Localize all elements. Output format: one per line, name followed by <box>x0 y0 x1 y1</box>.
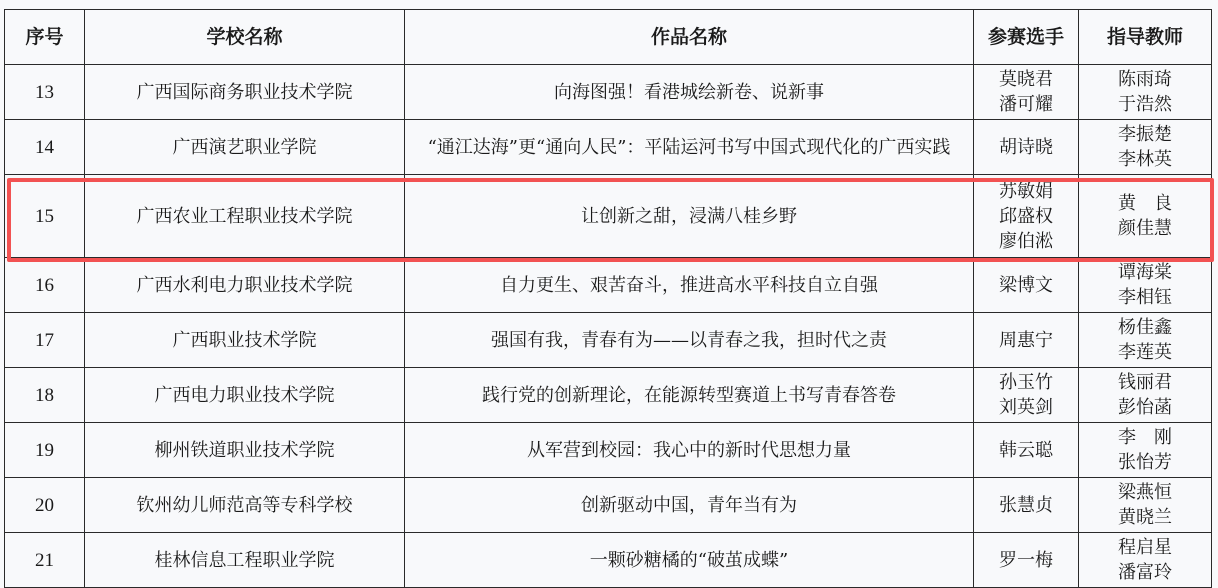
teacher-name: 于浩然 <box>1083 92 1207 117</box>
results-table: 序号 学校名称 作品名称 参赛选手 指导教师 13广西国际商务职业技术学院向海图… <box>4 9 1212 588</box>
cell-school: 广西国际商务职业技术学院 <box>85 65 405 120</box>
cell-no: 14 <box>5 120 85 175</box>
student-name: 廖伯淞 <box>978 229 1074 254</box>
teacher-name: 李莲英 <box>1083 340 1207 365</box>
teacher-name: 张怡芳 <box>1083 450 1207 475</box>
table-row: 19柳州铁道职业技术学院从军营到校园：我心中的新时代思想力量韩云聪李 刚张怡芳 <box>5 423 1212 478</box>
cell-school: 桂林信息工程职业学院 <box>85 533 405 588</box>
cell-school: 柳州铁道职业技术学院 <box>85 423 405 478</box>
cell-no: 17 <box>5 313 85 368</box>
header-students: 参赛选手 <box>974 10 1079 65</box>
cell-students: 梁博文 <box>974 258 1079 313</box>
student-name: 张慧贞 <box>978 493 1074 518</box>
results-table-container: 序号 学校名称 作品名称 参赛选手 指导教师 13广西国际商务职业技术学院向海图… <box>4 9 1211 588</box>
student-name: 潘可耀 <box>978 92 1074 117</box>
cell-teachers: 程启星潘富玲 <box>1079 533 1212 588</box>
teacher-name: 杨佳鑫 <box>1083 315 1207 340</box>
cell-teachers: 黄 良颜佳慧 <box>1079 175 1212 258</box>
table-row: 15广西农业工程职业技术学院让创新之甜，浸满八桂乡野苏敏娟邱盛权廖伯淞黄 良颜佳… <box>5 175 1212 258</box>
teacher-name: 李林英 <box>1083 147 1207 172</box>
table-row: 14广西演艺职业学院“通江达海”更“通向人民”：平陆运河书写中国式现代化的广西实… <box>5 120 1212 175</box>
header-work: 作品名称 <box>405 10 974 65</box>
teacher-name: 陈雨琦 <box>1083 67 1207 92</box>
teacher-name: 黄 良 <box>1083 191 1207 216</box>
cell-work: 践行党的创新理论，在能源转型赛道上书写青春答卷 <box>405 368 974 423</box>
cell-teachers: 李振楚李林英 <box>1079 120 1212 175</box>
cell-students: 胡诗晓 <box>974 120 1079 175</box>
table-body: 13广西国际商务职业技术学院向海图强！看港城绘新卷、说新事莫晓君潘可耀陈雨琦于浩… <box>5 65 1212 588</box>
cell-no: 19 <box>5 423 85 478</box>
teacher-name: 钱丽君 <box>1083 370 1207 395</box>
student-name: 梁博文 <box>978 273 1074 298</box>
teacher-name: 程启星 <box>1083 535 1207 560</box>
cell-teachers: 杨佳鑫李莲英 <box>1079 313 1212 368</box>
header-teachers: 指导教师 <box>1079 10 1212 65</box>
cell-school: 广西农业工程职业技术学院 <box>85 175 405 258</box>
cell-no: 13 <box>5 65 85 120</box>
cell-work: 向海图强！看港城绘新卷、说新事 <box>405 65 974 120</box>
cell-no: 21 <box>5 533 85 588</box>
cell-students: 罗一梅 <box>974 533 1079 588</box>
cell-students: 韩云聪 <box>974 423 1079 478</box>
table-row: 21桂林信息工程职业学院一颗砂糖橘的“破茧成蝶”罗一梅程启星潘富玲 <box>5 533 1212 588</box>
student-name: 刘英剑 <box>978 395 1074 420</box>
table-row: 13广西国际商务职业技术学院向海图强！看港城绘新卷、说新事莫晓君潘可耀陈雨琦于浩… <box>5 65 1212 120</box>
student-name: 邱盛权 <box>978 204 1074 229</box>
cell-work: 一颗砂糖橘的“破茧成蝶” <box>405 533 974 588</box>
teacher-name: 李相钰 <box>1083 285 1207 310</box>
cell-school: 广西职业技术学院 <box>85 313 405 368</box>
header-school: 学校名称 <box>85 10 405 65</box>
table-row: 18广西电力职业技术学院践行党的创新理论，在能源转型赛道上书写青春答卷孙玉竹刘英… <box>5 368 1212 423</box>
cell-work: 创新驱动中国，青年当有为 <box>405 478 974 533</box>
table-row: 20钦州幼儿师范高等专科学校创新驱动中国，青年当有为张慧贞梁燕恒黄晓兰 <box>5 478 1212 533</box>
teacher-name: 潘富玲 <box>1083 560 1207 585</box>
cell-no: 16 <box>5 258 85 313</box>
student-name: 孙玉竹 <box>978 370 1074 395</box>
cell-teachers: 梁燕恒黄晓兰 <box>1079 478 1212 533</box>
student-name: 周惠宁 <box>978 328 1074 353</box>
cell-no: 15 <box>5 175 85 258</box>
teacher-name: 李振楚 <box>1083 122 1207 147</box>
cell-work: 从军营到校园：我心中的新时代思想力量 <box>405 423 974 478</box>
cell-teachers: 谭海棠李相钰 <box>1079 258 1212 313</box>
table-row: 16广西水利电力职业技术学院自力更生、艰苦奋斗，推进高水平科技自立自强梁博文谭海… <box>5 258 1212 313</box>
cell-work: 让创新之甜，浸满八桂乡野 <box>405 175 974 258</box>
teacher-name: 颜佳慧 <box>1083 216 1207 241</box>
student-name: 苏敏娟 <box>978 179 1074 204</box>
student-name: 胡诗晓 <box>978 135 1074 160</box>
cell-school: 广西电力职业技术学院 <box>85 368 405 423</box>
cell-teachers: 钱丽君彭怡菡 <box>1079 368 1212 423</box>
cell-teachers: 李 刚张怡芳 <box>1079 423 1212 478</box>
cell-no: 20 <box>5 478 85 533</box>
cell-students: 苏敏娟邱盛权廖伯淞 <box>974 175 1079 258</box>
header-no: 序号 <box>5 10 85 65</box>
cell-work: 自力更生、艰苦奋斗，推进高水平科技自立自强 <box>405 258 974 313</box>
cell-students: 周惠宁 <box>974 313 1079 368</box>
cell-teachers: 陈雨琦于浩然 <box>1079 65 1212 120</box>
student-name: 罗一梅 <box>978 548 1074 573</box>
teacher-name: 李 刚 <box>1083 425 1207 450</box>
cell-school: 广西水利电力职业技术学院 <box>85 258 405 313</box>
teacher-name: 谭海棠 <box>1083 260 1207 285</box>
cell-work: “通江达海”更“通向人民”：平陆运河书写中国式现代化的广西实践 <box>405 120 974 175</box>
cell-school: 钦州幼儿师范高等专科学校 <box>85 478 405 533</box>
student-name: 莫晓君 <box>978 67 1074 92</box>
table-header-row: 序号 学校名称 作品名称 参赛选手 指导教师 <box>5 10 1212 65</box>
cell-work: 强国有我，青春有为——以青春之我，担时代之责 <box>405 313 974 368</box>
cell-school: 广西演艺职业学院 <box>85 120 405 175</box>
teacher-name: 梁燕恒 <box>1083 480 1207 505</box>
table-row: 17广西职业技术学院强国有我，青春有为——以青春之我，担时代之责周惠宁杨佳鑫李莲… <box>5 313 1212 368</box>
cell-no: 18 <box>5 368 85 423</box>
teacher-name: 黄晓兰 <box>1083 505 1207 530</box>
cell-students: 孙玉竹刘英剑 <box>974 368 1079 423</box>
teacher-name: 彭怡菡 <box>1083 395 1207 420</box>
student-name: 韩云聪 <box>978 438 1074 463</box>
cell-students: 莫晓君潘可耀 <box>974 65 1079 120</box>
cell-students: 张慧贞 <box>974 478 1079 533</box>
